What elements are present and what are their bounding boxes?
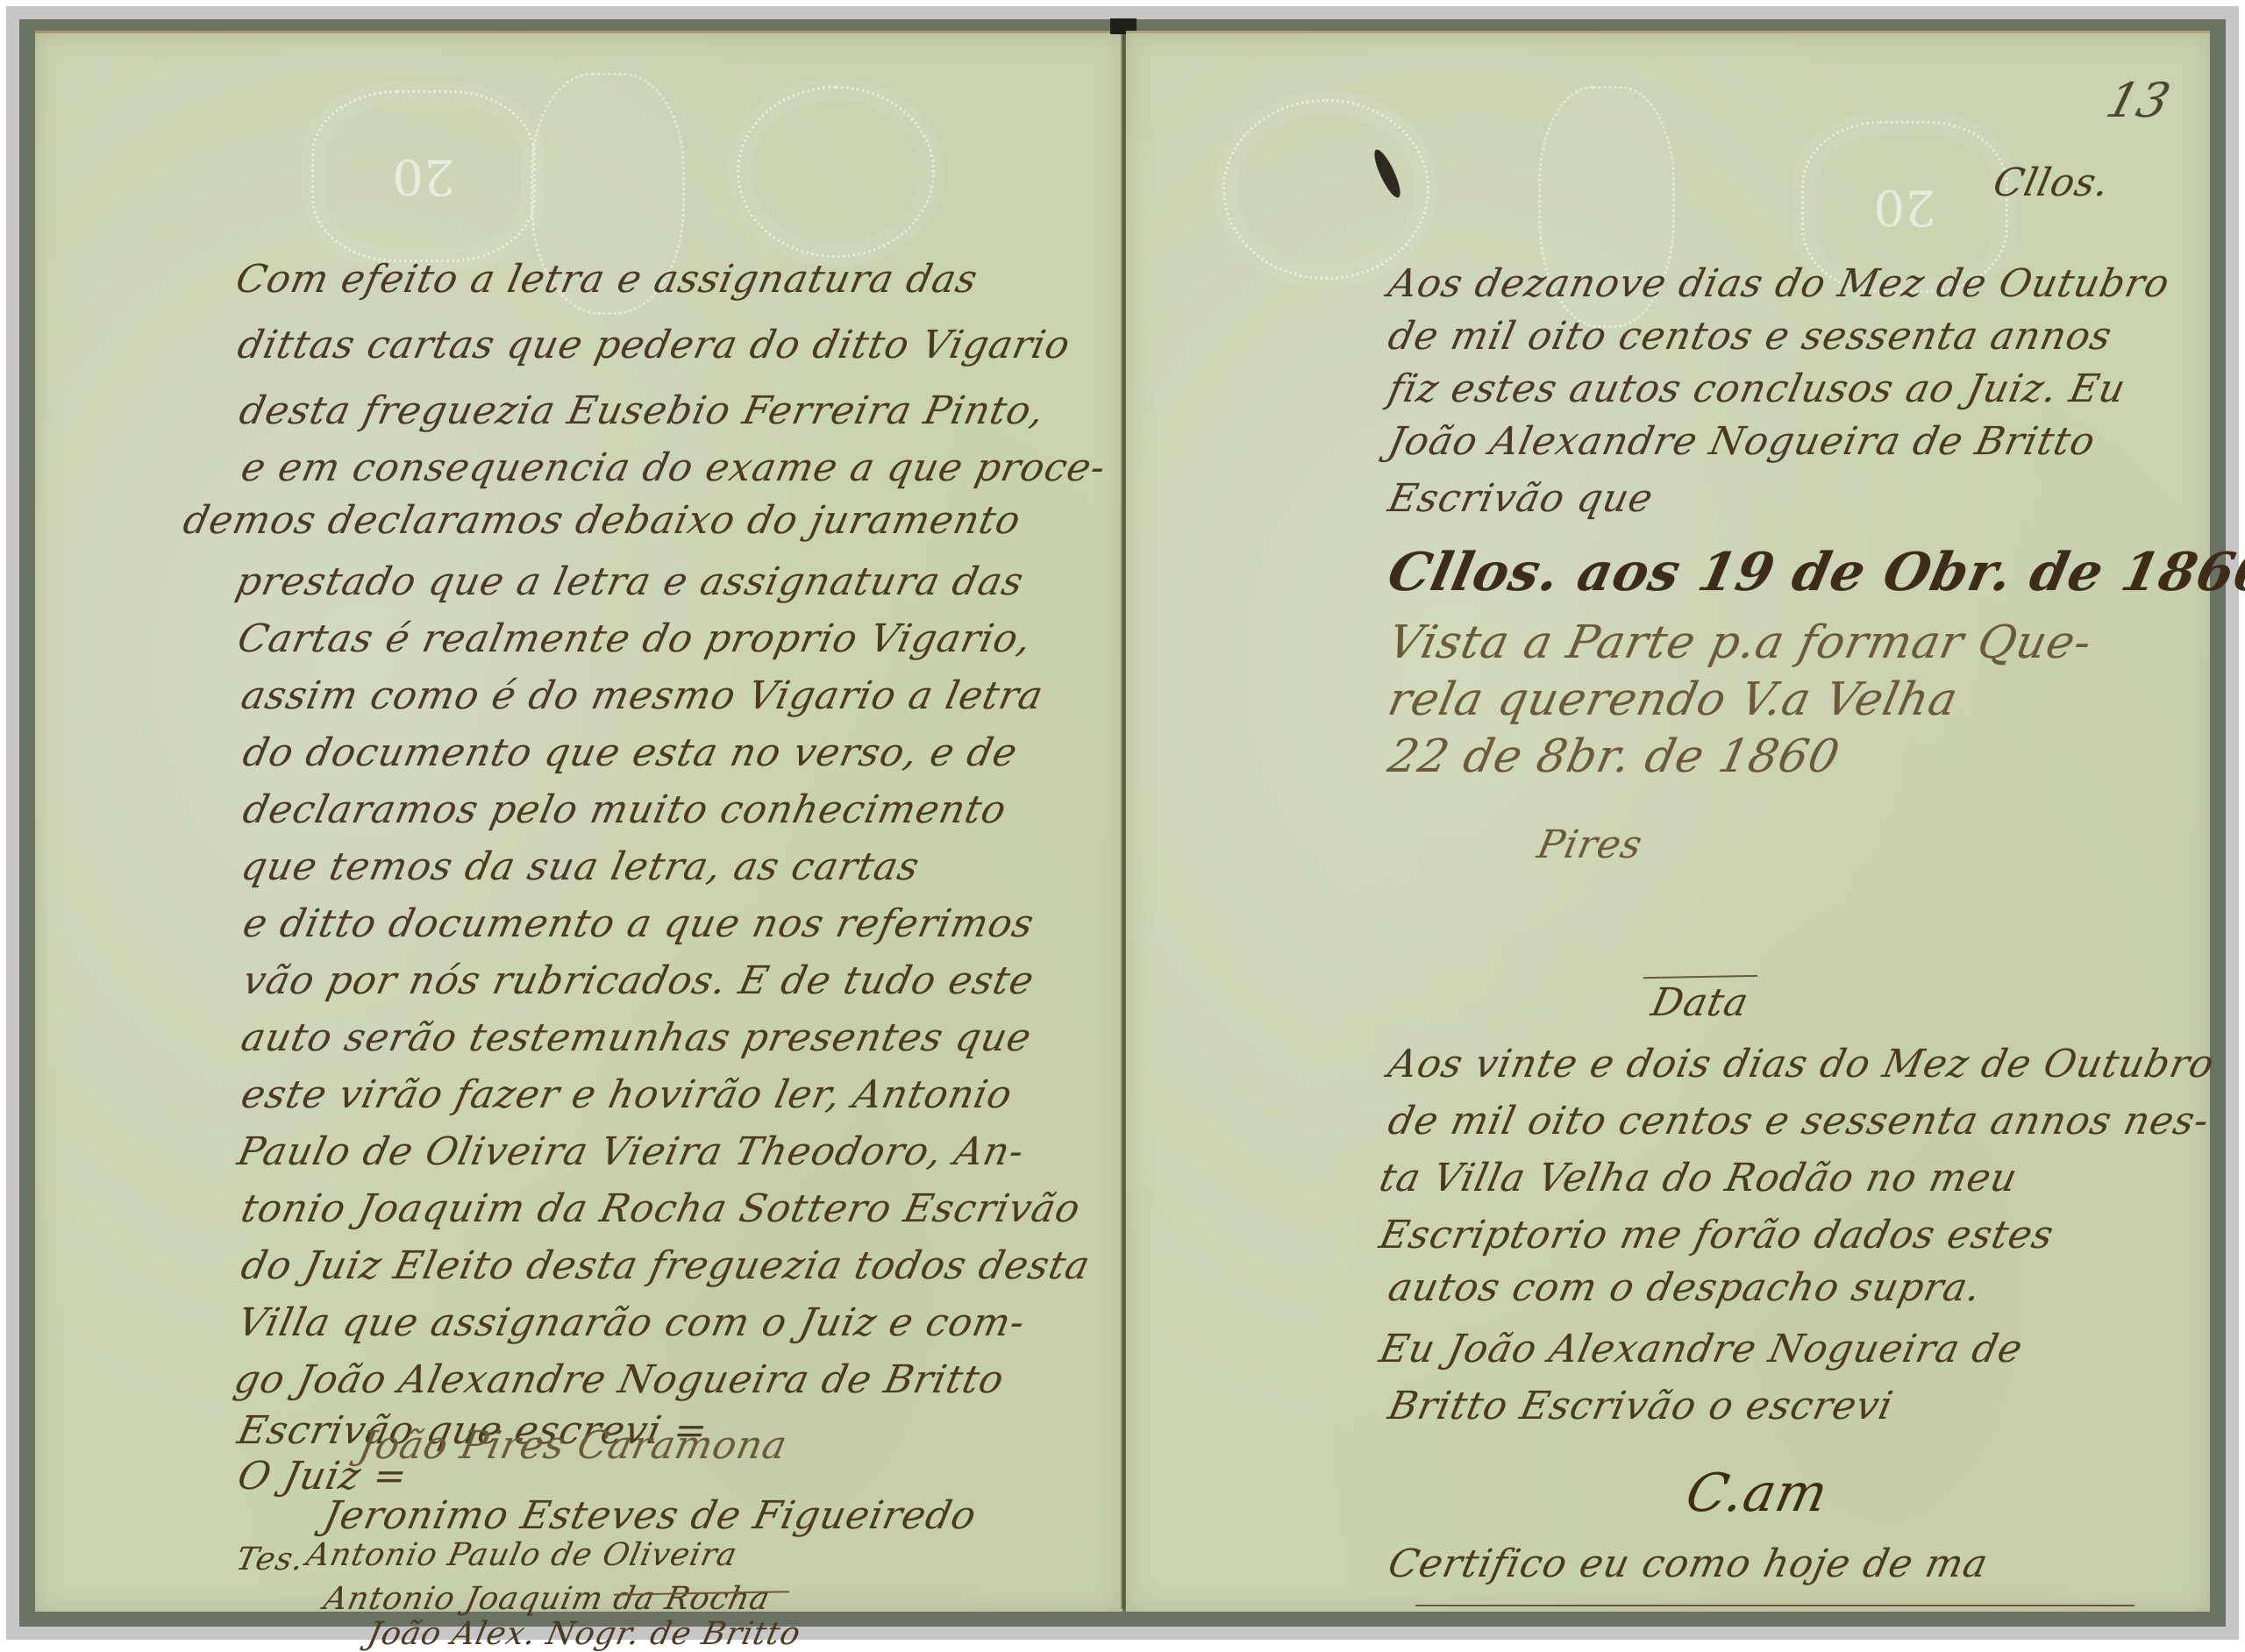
heading-rule <box>1643 975 1757 979</box>
data-heading: Data <box>1648 980 1753 1025</box>
embossed-stamp-value: 20 <box>311 90 536 262</box>
left-line-6: prestado que a letra e assignatura das <box>232 559 1028 604</box>
folio-number: 13 <box>2101 73 2177 128</box>
left-line-8: assim como é do mesmo Vigario a letra <box>238 673 1048 718</box>
data-line-2: de mil oito centos e sessenta annos nes- <box>1385 1099 2213 1143</box>
witnesses-label: Tes. <box>233 1542 308 1577</box>
right-line-2: de mil oito centos e sessenta annos <box>1385 314 2116 359</box>
stamp-value-text: 20 <box>1804 179 2006 236</box>
closing-line: Certifico eu como hoje de ma <box>1385 1542 1992 1586</box>
witness-signature-2: Antonio Joaquim da Rocha <box>321 1581 773 1617</box>
right-line-3: fiz estes autos conclusos ao Juiz. Eu <box>1385 367 2130 411</box>
data-line-5: autos com o despacho supra. <box>1385 1265 1985 1310</box>
embossed-seal-oval <box>737 86 935 258</box>
order-line-2: rela querendo V.a Velha <box>1384 673 1963 726</box>
left-line-9: do documento que esta no verso, e de <box>239 730 1022 775</box>
order-signature: Pires <box>1534 822 1647 867</box>
stamp-value-text: 20 <box>314 148 533 205</box>
data-line-4: Escriptorio me forão dados estes <box>1376 1213 2058 1257</box>
signature-jeronimo: Jeronimo Esteves de Figueiredo <box>320 1493 981 1538</box>
judge-label: O Juiz = <box>234 1454 412 1499</box>
right-line-5: Escrivão que <box>1385 476 1657 521</box>
right-line-1: Aos dezanove dias do Mez de Outubro <box>1385 261 2174 306</box>
data-line-1: Aos vinte e dois dias do Mez de Outubro <box>1385 1042 2219 1086</box>
conclusion-heading: Cllos. aos 19 de Obr. de 1860 <box>1383 542 2245 603</box>
left-line-5: demos declaramos debaixo do juramento <box>180 498 1025 543</box>
left-line-2: dittas cartas que pedera do ditto Vigari… <box>234 323 1075 367</box>
right-line-4: João Alexandre Nogueira de Britto <box>1385 419 2100 464</box>
left-line-1: Com efeito a letra e assignatura das <box>232 257 982 302</box>
certidao-heading: C.am <box>1681 1463 1834 1524</box>
left-line-3: desta freguezia Eusebio Ferreira Pinto, <box>236 388 1049 433</box>
marginal-note: Cllos. <box>1990 160 2114 205</box>
data-line-7: Britto Escrivão o escrevi <box>1385 1384 1898 1428</box>
judge-signature: João Pires Caramona <box>355 1423 792 1468</box>
right-page: 20 13 Cllos. Aos dezanove dias do Mez de… <box>1126 31 2210 1612</box>
left-line-18: do Juiz Eleito desta freguezia todos des… <box>238 1243 1094 1288</box>
order-line-3: 22 de 8br. de 1860 <box>1384 730 1845 783</box>
left-line-20: go João Alexandre Nogueira de Britto <box>231 1357 1008 1402</box>
left-page: 20 Com efeito a letra e assignatura das … <box>35 31 1122 1612</box>
order-line-1: Vista a Parte p.a formar Que- <box>1384 616 2097 669</box>
left-line-12: e ditto documento a que nos referimos <box>239 901 1038 946</box>
left-line-15: este virão fazer e hovirão ler, Antonio <box>238 1072 1017 1117</box>
left-line-14: auto serão testemunhas presentes que <box>238 1015 1037 1060</box>
data-line-6: Eu João Alexandre Nogueira de <box>1376 1327 2028 1371</box>
witness-signature-1: Antonio Paulo de Oliveira <box>303 1537 741 1573</box>
scribe-signature: João Alex. Nogr. de Britto <box>365 1616 804 1646</box>
left-line-7: Cartas é realmente do proprio Vigario, <box>234 616 1037 661</box>
left-line-13: vão por nós rubricados. E de tudo este <box>239 958 1039 1003</box>
left-line-10: declaramos pelo muito conhecimento <box>239 787 1011 832</box>
data-line-3: ta Villa Velha do Rodão no meu <box>1376 1156 2022 1200</box>
left-line-4: e em consequencia do exame a que proce- <box>238 445 1110 490</box>
left-line-19: Villa que assignarão com o Juiz e com- <box>234 1300 1030 1345</box>
manuscript-spread: 20 Com efeito a letra e assignatura das … <box>35 31 2210 1609</box>
left-line-17: tonio Joaquim da Rocha Sottero Escrivão <box>238 1186 1085 1231</box>
left-line-16: Paulo de Oliveira Vieira Theodoro, An- <box>234 1129 1029 1174</box>
closing-rule <box>1415 1605 2135 1606</box>
left-line-11: que temos da sua letra, as cartas <box>238 844 924 889</box>
